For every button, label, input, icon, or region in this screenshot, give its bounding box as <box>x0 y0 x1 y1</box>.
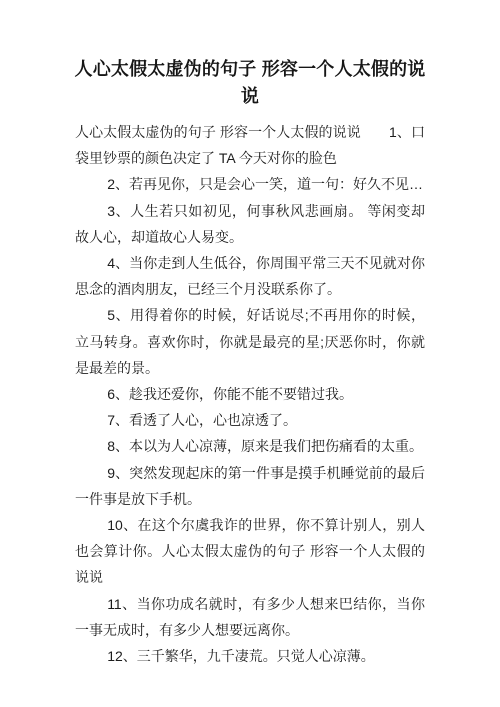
page-title: 人心太假太虚伪的句子 形容一个人太假的说说 <box>67 56 433 110</box>
paragraph-item-2: 2、若再见你，只是会心一笑，道一句：好久不见… <box>75 171 425 197</box>
paragraph-item-10: 10、在这个尔虞我诈的世界，你不算计别人，别人也会算计你。人心太假太虚伪的句子 … <box>75 512 425 591</box>
paragraph-item-12: 12、三千繁华，九千凄荒。只觉人心凉薄。 <box>75 643 425 669</box>
paragraph-item-9: 9、突然发现起床的第一件事是摸手机睡觉前的最后一件事是放下手机。 <box>75 460 425 512</box>
paragraph-item-4: 4、当你走到人生低谷，你周围平常三天不见就对你思念的酒肉朋友，已经三个月没联系你… <box>75 250 425 302</box>
document-page: 人心太假太虚伪的句子 形容一个人太假的说说 人心太假太虚伪的句子 形容一个人太假… <box>0 0 500 707</box>
paragraph-item-5: 5、用得着你的时候，好话说尽;不再用你的时候，立马转身。喜欢你时，你就是最亮的星… <box>75 302 425 381</box>
paragraph-item-11: 11、当你功成名就时，有多少人想来巴结你，当你一事无成时，有多少人想要远离你。 <box>75 591 425 643</box>
paragraph-item-8: 8、本以为人心凉薄，原来是我们把伤痛看的太重。 <box>75 433 425 459</box>
document-body: 人心太假太虚伪的句子 形容一个人太假的说说 1、口袋里钞票的颜色决定了 TA 今… <box>75 119 425 669</box>
paragraph-intro-item-1: 人心太假太虚伪的句子 形容一个人太假的说说 1、口袋里钞票的颜色决定了 TA 今… <box>75 119 425 171</box>
paragraph-item-3: 3、人生若只如初见，何事秋风悲画扇。 等闲变却故人心，却道故心人易变。 <box>75 198 425 250</box>
paragraph-item-6: 6、趁我还爱你，你能不能不要错过我。 <box>75 381 425 407</box>
paragraph-item-7: 7、看透了人心，心也凉透了。 <box>75 407 425 433</box>
